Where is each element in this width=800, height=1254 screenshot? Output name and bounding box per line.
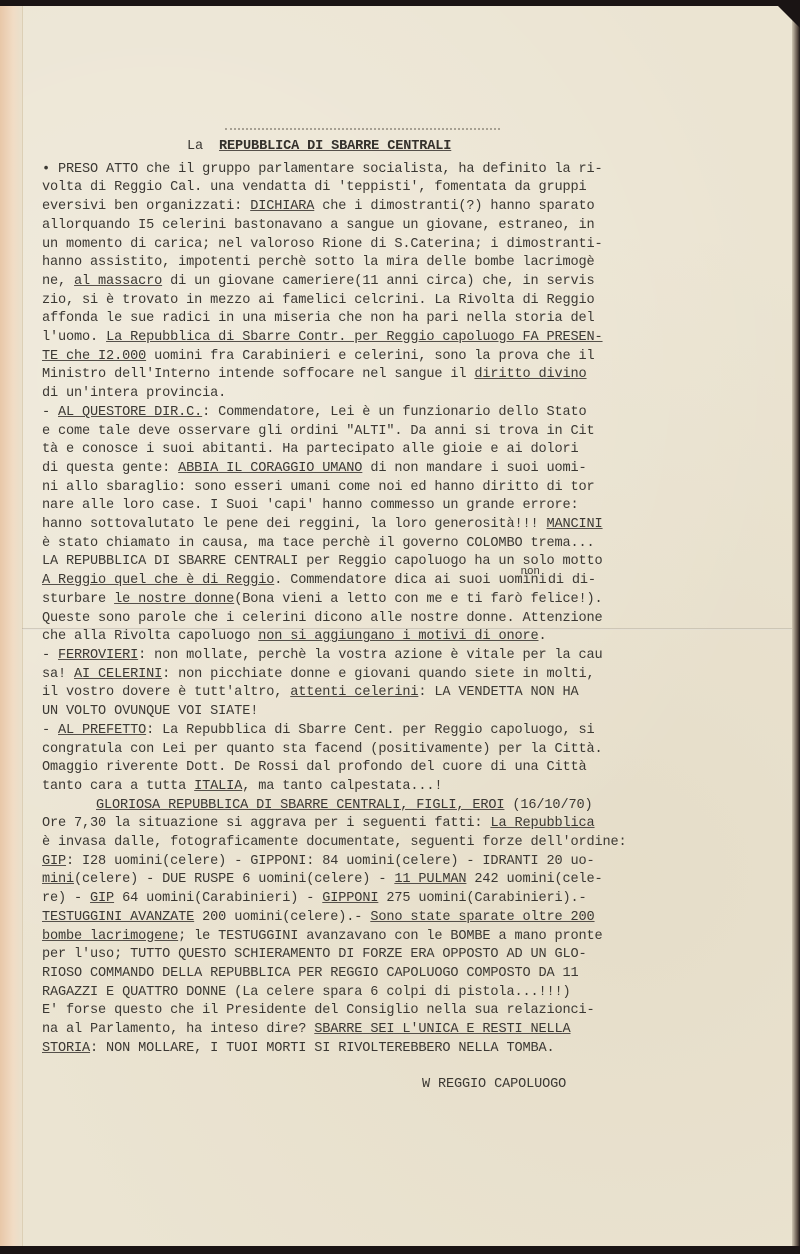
- text-line: RAGAZZI E QUATTRO DONNE (La celere spara…: [42, 984, 742, 1003]
- text-span: ne,: [42, 274, 74, 289]
- text-span: Ore 7,30 la situazione si aggrava per i …: [42, 816, 490, 831]
- text-span: eversivi ben organizzati:: [42, 199, 250, 214]
- text-span: : I28 uomini(celere) - GIPPONI: 84 uomin…: [66, 854, 595, 869]
- underlined-span: GIPPONI: [322, 891, 378, 906]
- text-span: : NON MOLLARE, I TUOI MORTI SI RIVOLTERE…: [90, 1041, 554, 1056]
- heading-date: (16/10/70): [504, 798, 592, 813]
- underlined-span: AL QUESTORE DIR.C.: [58, 405, 202, 420]
- text-line: e come tale deve osservare gli ordini "A…: [42, 423, 742, 442]
- text-line: bombe lacrimogene; le TESTUGGINI avanzav…: [42, 928, 742, 947]
- underlined-span: Sono state sparate oltre 200: [370, 910, 594, 925]
- text-line: re) - GIP 64 uomini(Carabinieri) - GIPPO…: [42, 890, 742, 909]
- text-line: RIOSO COMMANDO DELLA REPUBBLICA PER REGG…: [42, 965, 742, 984]
- text-span: di questa gente:: [42, 461, 178, 476]
- text-span: , ma tanto calpestata...!: [242, 779, 442, 794]
- text-line: hanno sottovalutato le pene dei reggini,…: [42, 516, 742, 535]
- text-line: Ore 7,30 la situazione si aggrava per i …: [42, 815, 742, 834]
- underlined-span: STORIA: [42, 1041, 90, 1056]
- text-line: allorquando I5 celerini bastonavano a sa…: [42, 217, 742, 236]
- underlined-span: TE che I2.000: [42, 349, 146, 364]
- text-line: eversivi ben organizzati: DICHIARA che i…: [42, 198, 742, 217]
- text-span: di di-: [548, 573, 596, 588]
- text-line: A Reggio quel che è di Reggio. Commendat…: [42, 572, 742, 591]
- text-line: - AL QUESTORE DIR.C.: Commendatore, Lei …: [42, 404, 742, 423]
- text-line: l'uomo. La Repubblica di Sbarre Contr. p…: [42, 329, 742, 348]
- text-span: 275 uomini(Carabinieri).-: [378, 891, 586, 906]
- text-line: Omaggio riverente Dott. De Rossi dal pro…: [42, 759, 742, 778]
- text-span: re) -: [42, 891, 90, 906]
- text-line: sa! AI CELERINI: non picchiate donne e g…: [42, 666, 742, 685]
- text-line: Queste sono parole che i celerini dicono…: [42, 610, 742, 629]
- text-span: di un giovane cameriere(11 anni circa) c…: [162, 274, 594, 289]
- text-line: un momento di carica; nel valoroso Rione…: [42, 236, 742, 255]
- text-line: che alla Rivolta capoluogo non si aggiun…: [42, 628, 742, 647]
- text-span: il vostro dovere è tutt'altro,: [42, 685, 290, 700]
- text-span: hanno sottovalutato le pene dei reggini,…: [42, 517, 546, 532]
- text-span: che alla Rivolta capoluogo: [42, 629, 258, 644]
- text-span: tanto cara a tutta: [42, 779, 194, 794]
- heading-text: GLORIOSA REPUBBLICA DI SBARRE CENTRALI, …: [96, 798, 504, 813]
- text-span: ; le TESTUGGINI avanzavano con le BOMBE …: [178, 929, 602, 944]
- text-line: • PRESO ATTO che il gruppo parlamentare …: [42, 161, 742, 180]
- text-span: sturbare: [42, 592, 114, 607]
- text-line: TE che I2.000 uomini fra Carabinieri e c…: [42, 348, 742, 367]
- underlined-span: ITALIA: [194, 779, 242, 794]
- paragraph-preso-atto: • PRESO ATTO che il gruppo parlamentare …: [42, 161, 742, 404]
- signature: W REGGIO CAPOLUOGO: [42, 1076, 742, 1095]
- text-span: : non picchiate donne e giovani quando s…: [162, 667, 594, 682]
- text-line: na al Parlamento, ha inteso dire? SBARRE…: [42, 1021, 742, 1040]
- paragraph-prefetto: - AL PREFETTO: La Repubblica di Sbarre C…: [42, 722, 742, 797]
- text-span: : non mollate, perchè la vostra azione è…: [138, 648, 602, 663]
- text-line: TESTUGGINI AVANZATE 200 uomini(celere).-…: [42, 909, 742, 928]
- title-text: REPUBBLICA DI SBARRE CENTRALI: [219, 139, 451, 154]
- text-span: -: [42, 648, 58, 663]
- underlined-span: DICHIARA: [250, 199, 314, 214]
- paper-corner: [772, 0, 800, 28]
- document-title: La REPUBBLICA DI SBARRE CENTRALI: [42, 138, 742, 157]
- text-span: 200 uomini(celere).-: [194, 910, 370, 925]
- text-span: Ministro dell'Interno intende soffocare …: [42, 367, 474, 382]
- text-span: : LA VENDETTA NON HA: [418, 685, 578, 700]
- text-line: ni allo sbaraglio: sono esseri umani com…: [42, 479, 742, 498]
- underlined-span: SBARRE SEI L'UNICA E RESTI NELLA: [314, 1022, 570, 1037]
- paragraph-questore: - AL QUESTORE DIR.C.: Commendatore, Lei …: [42, 404, 742, 647]
- text-line: affonda le sue radici in una miseria che…: [42, 310, 742, 329]
- text-line: nare alle loro case. I Suoi 'capi' hanno…: [42, 497, 742, 516]
- underlined-span: ABBIA IL CORAGGIO UMANO: [178, 461, 362, 476]
- underlined-span: non si aggiungano i motivi di onore: [258, 629, 538, 644]
- text-line: tanto cara a tutta ITALIA, ma tanto calp…: [42, 778, 742, 797]
- text-line: ne, al massacro di un giovane cameriere(…: [42, 273, 742, 292]
- underlined-span: mini: [42, 872, 74, 887]
- underlined-span: attenti celerini: [290, 685, 418, 700]
- underlined-span: La Repubblica di Sbarre Contr. per Reggi…: [106, 330, 602, 345]
- underlined-span: 11 PULMAN: [394, 872, 466, 887]
- text-span: .: [538, 629, 546, 644]
- text-line: di un'intera provincia.: [42, 385, 742, 404]
- text-line: - FERROVIERI: non mollate, perchè la vos…: [42, 647, 742, 666]
- underlined-span: MANCINI: [546, 517, 602, 532]
- underlined-span: le nostre donne: [114, 592, 234, 607]
- text-span: : Commendatore, Lei è un funzionario del…: [202, 405, 586, 420]
- text-span: -: [42, 723, 58, 738]
- underlined-span: A Reggio quel che è di Reggio: [42, 573, 274, 588]
- text-line: LA REPUBBLICA DI SBARRE CENTRALI per Reg…: [42, 553, 742, 572]
- text-line: Ministro dell'Interno intende soffocare …: [42, 366, 742, 385]
- underlined-span: GIP: [90, 891, 114, 906]
- text-line: sturbare le nostre donne(Bona vieni a le…: [42, 591, 742, 610]
- section-heading: GLORIOSA REPUBBLICA DI SBARRE CENTRALI, …: [42, 797, 742, 816]
- handwritten-insert: non: [521, 566, 540, 578]
- underlined-span: al massacro: [74, 274, 162, 289]
- underlined-span: bombe lacrimogene: [42, 929, 178, 944]
- text-line: hanno assistito, impotenti perchè sotto …: [42, 254, 742, 273]
- text-span: 64 uomini(Carabinieri) -: [114, 891, 322, 906]
- title-prefix: La: [187, 139, 203, 154]
- text-line: volta di Reggio Cal. una vendatta di 'te…: [42, 179, 742, 198]
- underlined-span: AI CELERINI: [74, 667, 162, 682]
- text-line: di questa gente: ABBIA IL CORAGGIO UMANO…: [42, 460, 742, 479]
- text-line: congratula con Lei per quanto sta facend…: [42, 741, 742, 760]
- text-line: per l'uso; TUTTO QUESTO SCHIERAMENTO DI …: [42, 946, 742, 965]
- text-line: GIP: I28 uomini(celere) - GIPPONI: 84 uo…: [42, 853, 742, 872]
- underlined-span: AL PREFETTO: [58, 723, 146, 738]
- text-line: zio, si è trovato in mezzo ai famelici c…: [42, 292, 742, 311]
- text-span: : La Repubblica di Sbarre Cent. per Regg…: [146, 723, 594, 738]
- text-line: - AL PREFETTO: La Repubblica di Sbarre C…: [42, 722, 742, 741]
- text-line: il vostro dovere è tutt'altro, attenti c…: [42, 684, 742, 703]
- typewritten-flyer: La REPUBBLICA DI SBARRE CENTRALI • PRESO…: [42, 138, 742, 1095]
- text-span: 242 uomini(cele-: [466, 872, 602, 887]
- text-line: è invasa dalle, fotograficamente documen…: [42, 834, 742, 853]
- text-span: (celere) - DUE RUSPE 6 uomini(celere) -: [74, 872, 394, 887]
- paragraph-gloriosa: GLORIOSA REPUBBLICA DI SBARRE CENTRALI, …: [42, 797, 742, 1059]
- underlined-span: diritto divino: [474, 367, 586, 382]
- paper-right-edge: [792, 6, 800, 1246]
- text-span: l'uomo.: [42, 330, 106, 345]
- text-line: E' forse questo che il Presidente del Co…: [42, 1002, 742, 1021]
- text-line: mini(celere) - DUE RUSPE 6 uomini(celere…: [42, 871, 742, 890]
- text-span: na al Parlamento, ha inteso dire?: [42, 1022, 314, 1037]
- paragraph-ferrovieri: - FERROVIERI: non mollate, perchè la vos…: [42, 647, 742, 722]
- text-span: di non mandare i suoi uomi-: [362, 461, 586, 476]
- paper-left-edge: [0, 6, 23, 1246]
- text-span: . Commendatore dica ai suoi uomini: [274, 573, 554, 588]
- text-line: è stato chiamato in causa, ma tace perch…: [42, 535, 742, 554]
- text-line: tà e conosce i suoi abitanti. Ha parteci…: [42, 441, 742, 460]
- text-span: -: [42, 405, 58, 420]
- text-line: STORIA: NON MOLLARE, I TUOI MORTI SI RIV…: [42, 1040, 742, 1059]
- text-span: sa!: [42, 667, 74, 682]
- text-span: uomini fra Carabinieri e celerini, sono …: [146, 349, 594, 364]
- underlined-span: La Repubblica: [490, 816, 594, 831]
- text-span: (Bona vieni a letto con me e ti farò fel…: [234, 592, 602, 607]
- text-span: che i dimostranti(?) hanno sparato: [314, 199, 594, 214]
- dotted-rule: [225, 128, 500, 130]
- text-line: UN VOLTO OVUNQUE VOI SIATE!: [42, 703, 742, 722]
- underlined-span: GIP: [42, 854, 66, 869]
- underlined-span: TESTUGGINI AVANZATE: [42, 910, 194, 925]
- underlined-span: FERROVIERI: [58, 648, 138, 663]
